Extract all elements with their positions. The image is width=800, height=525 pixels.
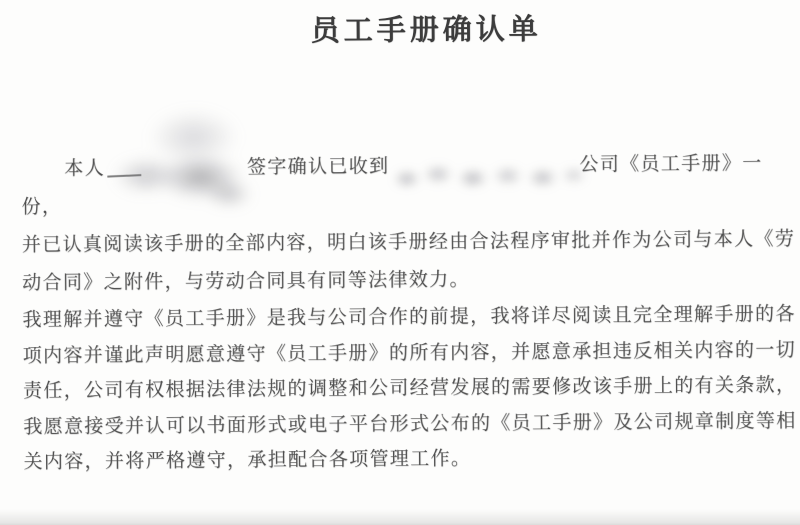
line1-mid: 签字确认已收到: [247, 156, 390, 178]
paragraph-receipt-acknowledgement: 本人签字确认已收到公司《员工手册》一份， 并已认真阅读该手册的全部内容，明白该手…: [21, 145, 800, 303]
text-line: 我理解并遵守《员工手册》是我与公司合作的前提，我将详尽阅读且完全理解手册的各: [22, 297, 800, 339]
text-line: 动合同》之附件，与劳动合同具有同等法律效力。: [22, 259, 800, 303]
document-sheet: 员工手册确认单 本人签字确认已收到公司《员工手册》一份， 并已认真阅读该手册的全…: [0, 0, 800, 525]
text-line: 本人签字确认已收到公司《员工手册》一份，: [21, 145, 800, 227]
company-name-blank: [389, 166, 579, 171]
scanned-document-page: 员工手册确认单 本人签字确认已收到公司《员工手册》一份， 并已认真阅读该手册的全…: [0, 0, 800, 525]
text-line: 我愿意接受并认可以书面形式或电子平台形式公布的《员工手册》及公司规章制度等相: [23, 403, 800, 445]
text-line: 项内容并谨此声明愿意遵守《员工手册》的所有内容，并愿意承担违反相关内容的一切: [23, 332, 800, 374]
document-title: 员工手册确认单: [26, 4, 800, 51]
paragraph-compliance-statement: 我理解并遵守《员工手册》是我与公司合作的前提，我将详尽阅读且完全理解手册的各 项…: [22, 297, 800, 481]
signature-underline: [107, 174, 141, 177]
line1-prefix: 本人: [64, 158, 105, 179]
text-line: 责任，公司有权根据法律法规的调整和公司经营发展的需要修改该手册上的有关条款，: [23, 368, 800, 410]
line1-post: 公司《员工手册》一份，: [21, 153, 762, 218]
text-line: 并已认真阅读该手册的全部内容，明白该手册经由合法程序审批并作为公司与本人《劳: [22, 221, 800, 265]
text-line: 关内容，并将严格遵守，承担配合各项管理工作。: [23, 439, 800, 481]
signature-name-blank: [105, 169, 247, 174]
